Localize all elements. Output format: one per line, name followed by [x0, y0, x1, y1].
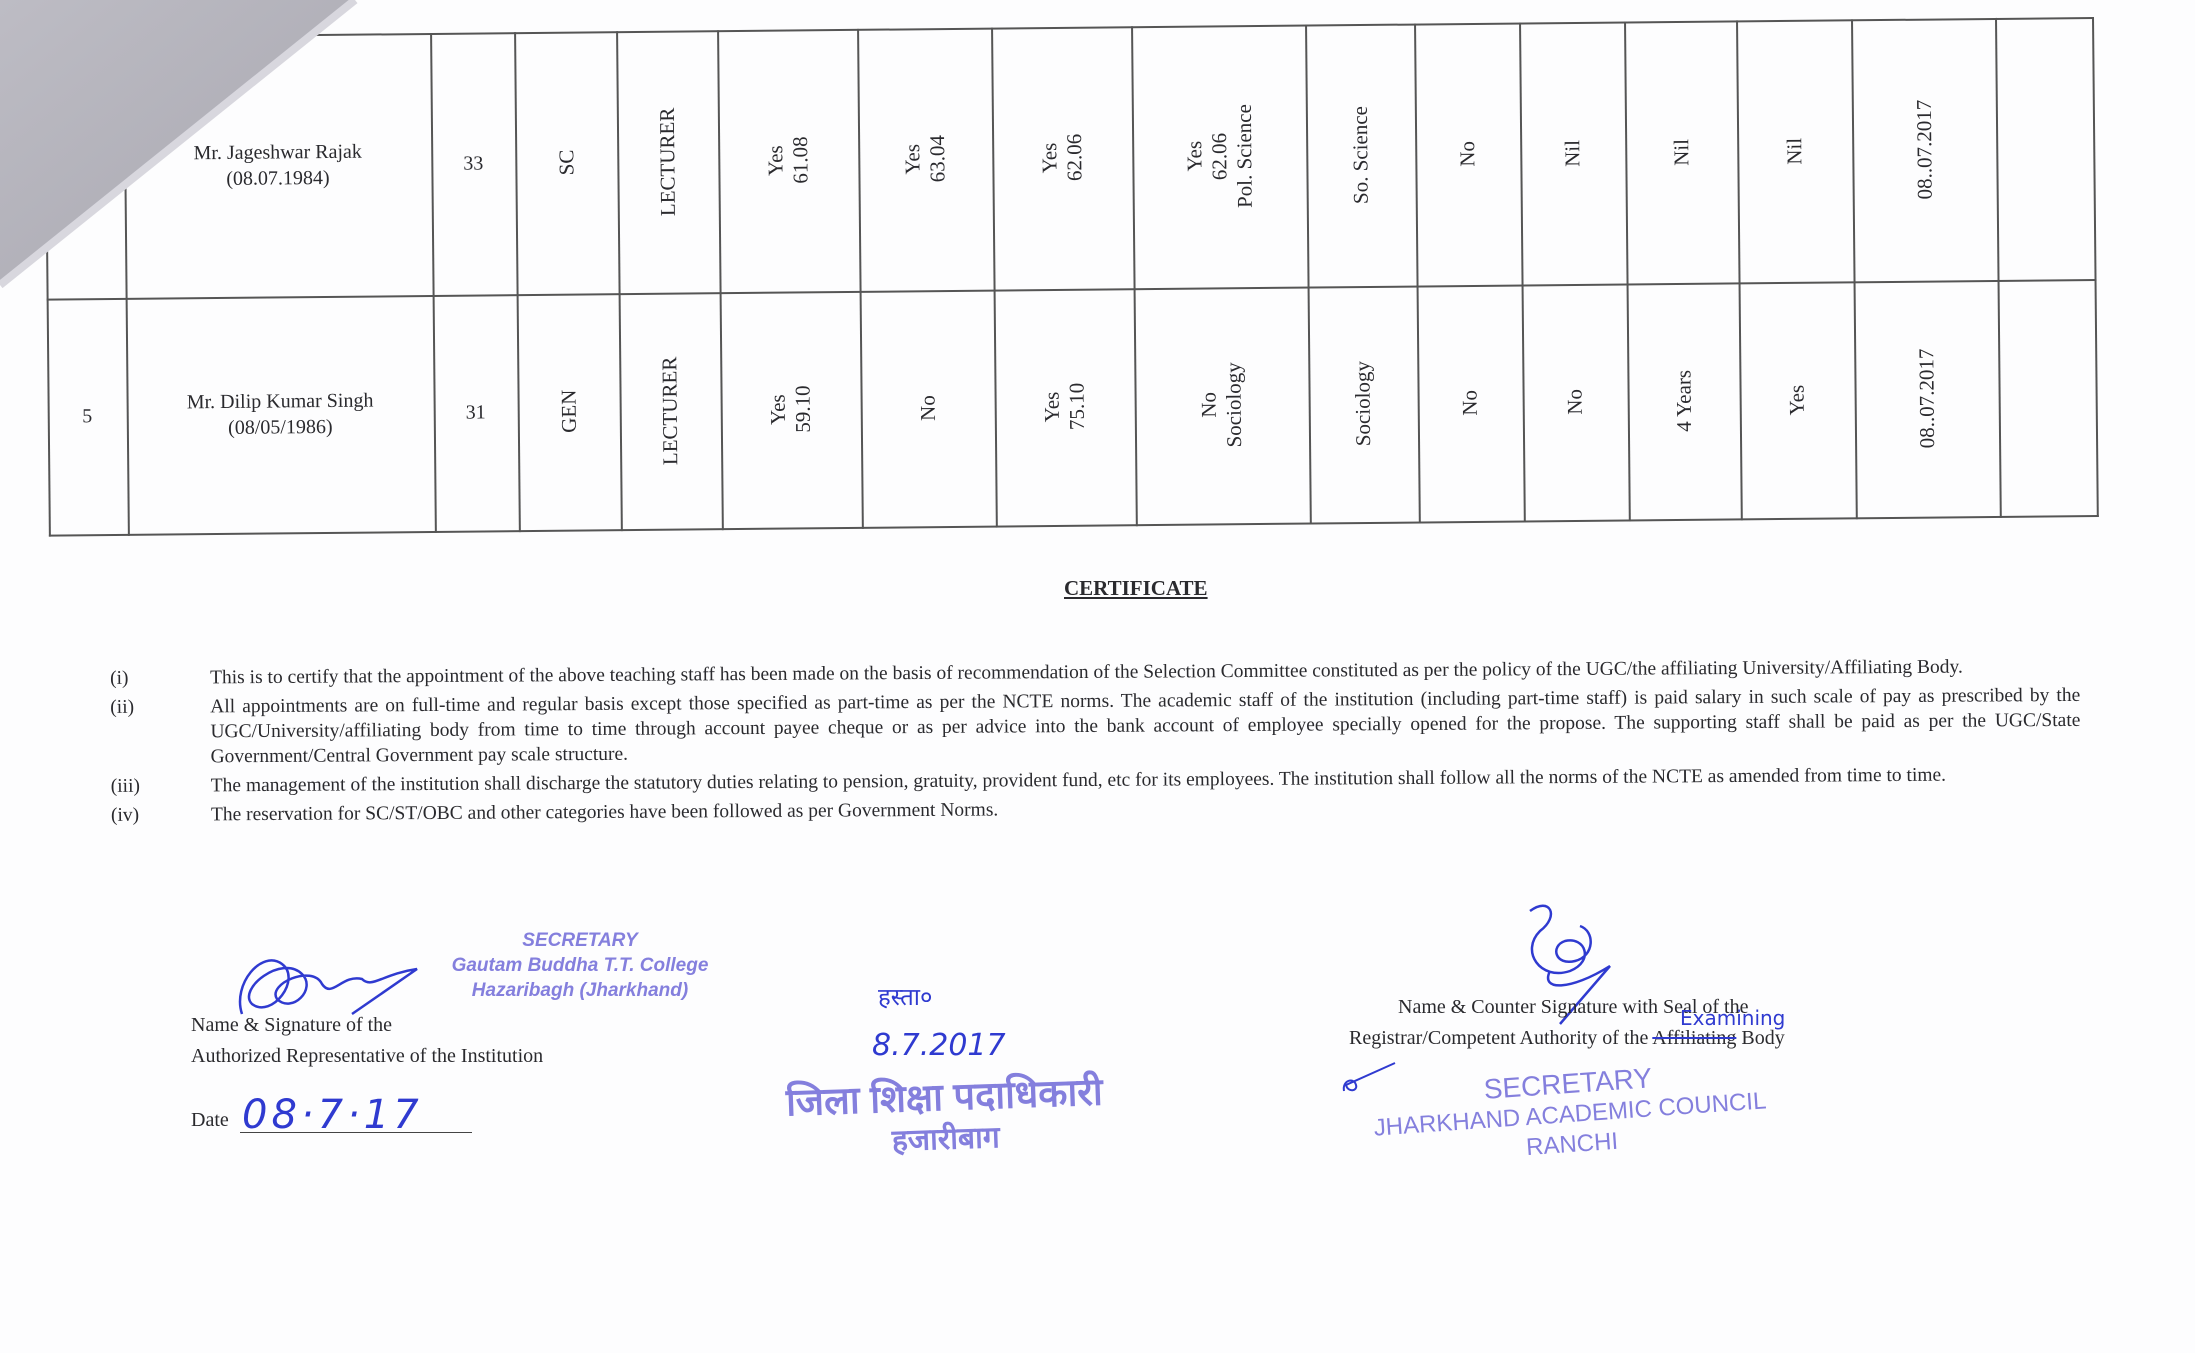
cell-col-13-text: Yes — [1785, 384, 1810, 415]
item-text: The management of the institution shall … — [211, 765, 1946, 797]
cell-designation: LECTURER — [616, 30, 720, 293]
cell-col-12: 4 Years — [1627, 282, 1741, 519]
cell-col-12-text: 4 Years — [1671, 370, 1697, 432]
stamp-line: SECRETARY — [430, 928, 730, 953]
cell-col-14: 08..07.2017 — [1854, 280, 2000, 517]
cell-col-6: No — [860, 290, 996, 527]
cell-col-8-text: NoSociology — [1196, 363, 1247, 449]
stamp-line: Gautam Buddha T.T. College — [430, 953, 730, 978]
cell-col-12-text: Nil — [1669, 138, 1694, 165]
cell-col-9-text: So. Science — [1348, 106, 1374, 204]
item-number: (iv) — [111, 803, 139, 828]
cell-col-5: Yes59.10 — [720, 291, 862, 528]
institution-signature-label: Name & Signature of the Authorized Repre… — [191, 1010, 543, 1072]
cell-col-6-text: No — [915, 395, 940, 421]
cell-col-8-text: Yes62.06Pol. Science — [1181, 104, 1257, 209]
institution-date-label: Date — [191, 1105, 229, 1136]
registrar-stamp: SECRETARY JHARKHAND ACADEMIC COUNCIL RAN… — [1357, 1053, 1782, 1174]
cell-col-15 — [1998, 279, 2097, 516]
label-prefix: Registrar/Competent Authority of the — [1349, 1027, 1652, 1049]
cell-col-11: Nil — [1519, 22, 1627, 285]
document-page: Mr. Jageshwar Rajak(08.07.1984)33SCLECTU… — [0, 0, 2195, 1353]
cell-col-7-text: Yes62.06 — [1037, 134, 1087, 182]
cell-col-8: NoSociology — [1134, 287, 1310, 525]
cell-col-9: Sociology — [1308, 286, 1419, 523]
cell-col-5: Yes61.08 — [717, 29, 860, 292]
cell-age: 31 — [433, 294, 519, 531]
struck-word: Affiliating — [1652, 1027, 1736, 1049]
cell-col-7-text: Yes75.10 — [1039, 383, 1089, 431]
cell-name-text: Mr. Dilip Kumar Singh(08/05/1986) — [187, 388, 374, 442]
cell-col-13-text: Nil — [1782, 137, 1807, 164]
cell-col-9-text: Sociology — [1350, 361, 1376, 446]
item-text: All appointments are on full-time and re… — [210, 685, 2080, 767]
cell-category: GEN — [517, 293, 621, 530]
certificate-item: (ii) All appointments are on full-time a… — [100, 683, 2080, 770]
cell-col-8: Yes62.06Pol. Science — [1131, 25, 1308, 289]
handwritten-initials: हस्ता० — [878, 980, 932, 1013]
cell-name: Mr. Dilip Kumar Singh(08/05/1986) — [126, 295, 435, 534]
cell-col-10: No — [1414, 23, 1522, 286]
item-number: (ii) — [110, 695, 134, 720]
handwritten-date: 08·7·17 — [242, 1092, 423, 1138]
stamp-line: Hazaribagh (Jharkhand) — [430, 978, 730, 1003]
cell-sl-no: 5 — [47, 298, 128, 535]
cell-col-11: No — [1522, 283, 1629, 520]
cell-age-text: 33 — [463, 150, 483, 176]
item-text: The reservation for SC/ST/OBC and other … — [211, 800, 998, 826]
cell-col-11-text: No — [1563, 389, 1588, 415]
cell-category-text: GEN — [556, 390, 581, 433]
cell-col-6-text: Yes63.04 — [900, 135, 950, 183]
item-number: (iii) — [111, 774, 140, 799]
cell-col-13: Yes — [1739, 281, 1856, 518]
cell-col-7: Yes62.06 — [991, 26, 1134, 289]
cell-col-10-text: No — [1455, 141, 1480, 167]
cell-sl-no-text: 5 — [82, 403, 92, 429]
cell-col-5-text: Yes59.10 — [765, 386, 815, 434]
cell-col-6: Yes63.04 — [857, 28, 994, 291]
cell-col-5-text: Yes61.08 — [763, 137, 813, 185]
label-suffix: Body — [1736, 1027, 1784, 1049]
cell-age: 33 — [430, 32, 517, 295]
label-line: Authorized Representative of the Institu… — [191, 1041, 543, 1072]
cell-age-text: 31 — [466, 399, 486, 425]
handwritten-correction: Examining — [1680, 1006, 1785, 1030]
label-line: Name & Signature of the — [191, 1010, 543, 1041]
district-officer-stamp: जिला शिक्षा पदाधिकारी हजारीबाग — [754, 1068, 1137, 1165]
cell-designation: LECTURER — [619, 292, 722, 529]
cell-col-14-text: 08..07.2017 — [1914, 349, 1940, 449]
cell-col-10-text: No — [1458, 390, 1483, 416]
cell-col-14-text: 08..07.2017 — [1911, 100, 1937, 200]
handwritten-district-date: 8.7.2017 — [872, 1028, 1006, 1063]
cell-col-12: Nil — [1624, 20, 1739, 283]
item-text: This is to certify that the appointment … — [210, 657, 1963, 689]
cell-designation-text: LECTURER — [657, 356, 683, 465]
cell-designation-text: LECTURER — [655, 107, 681, 216]
cell-category-text: SC — [554, 150, 579, 176]
cell-col-9: So. Science — [1305, 24, 1417, 287]
institution-stamp: SECRETARY Gautam Buddha T.T. College Haz… — [430, 928, 730, 1003]
cell-col-15 — [1995, 17, 2095, 280]
item-number: (i) — [110, 666, 129, 691]
cell-col-14: 08..07.2017 — [1851, 18, 1998, 281]
cell-category: SC — [514, 31, 619, 294]
certificate-title: CERTIFICATE — [1064, 576, 1208, 601]
certificate-list: (i) This is to certify that the appointm… — [100, 654, 2081, 828]
cell-col-13: Nil — [1736, 19, 1854, 282]
cell-col-11-text: Nil — [1560, 139, 1585, 166]
cell-col-7: Yes75.10 — [994, 288, 1136, 525]
cell-col-10: No — [1417, 285, 1524, 522]
page-corner-fold — [0, 0, 420, 300]
